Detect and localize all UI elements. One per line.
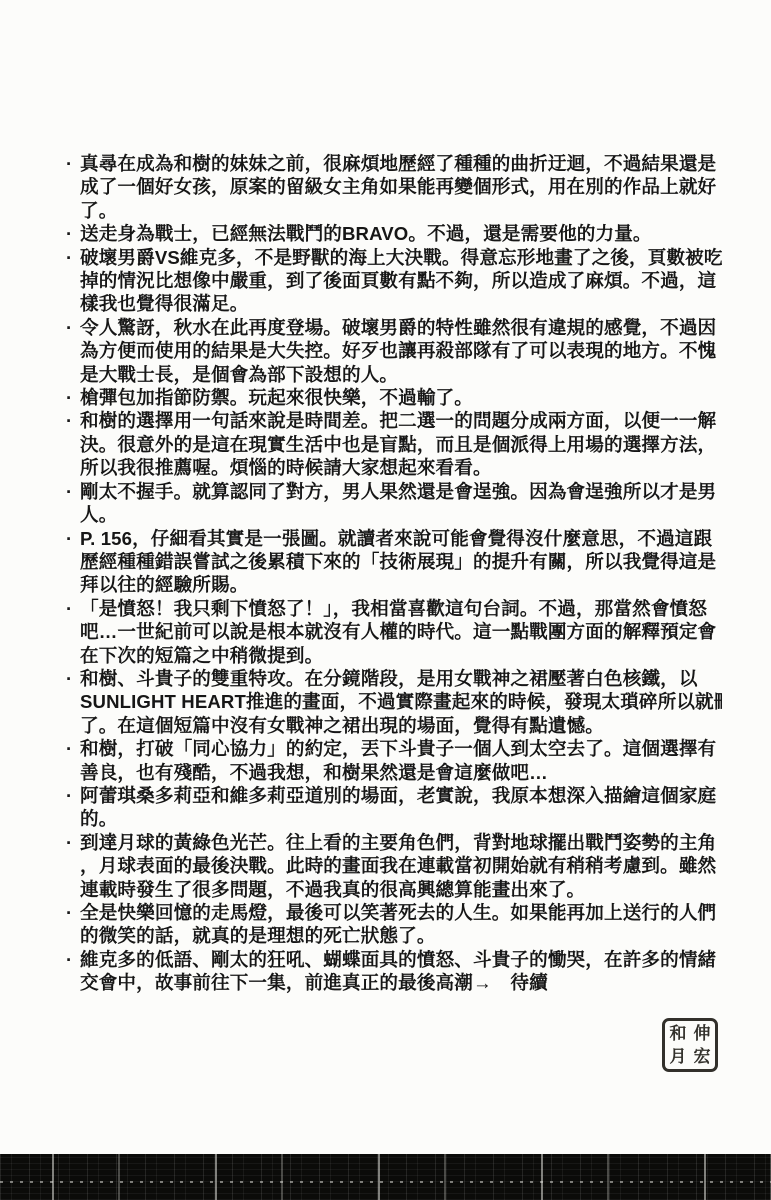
- bullet-marker: ·: [66, 948, 80, 971]
- bullet-item: ·阿蕾琪桑多莉亞和維多莉亞道別的場面，老實說，我原本想深入描繪這個家庭的。: [66, 784, 722, 831]
- bullet-item-text: 維克多的低語、剛太的狂吼、蝴蝶面具的憤怒、斗貴子的慟哭，在許多的情緒交會中，故事…: [80, 948, 722, 995]
- text-line: 「是憤怒！我只剩下憤怒了！」，我相當喜歡這句台詞。不過，那當然會憤怒: [80, 597, 722, 620]
- text-line: 樣我也覺得很滿足。: [80, 292, 722, 315]
- text-line: 令人驚訝，秋水在此再度登場。破壞男爵的特性雖然很有違規的感覺，不過因: [80, 316, 722, 339]
- text-line: 人。: [80, 503, 722, 526]
- artist-seal: 和伸月宏: [662, 1018, 718, 1072]
- bullet-item-text: 和樹，打破「同心協力」的約定，丟下斗貴子一個人到太空去了。這個選擇有善良，也有殘…: [80, 737, 722, 784]
- bullet-item-text: 「是憤怒！我只剩下憤怒了！」，我相當喜歡這句台詞。不過，那當然會憤怒吧…一世紀前…: [80, 597, 722, 667]
- text-line: 了。在這個短篇中沒有女戰神之裙出現的場面，覺得有點遺憾。: [80, 714, 722, 737]
- seal-character: 宏: [690, 1045, 714, 1068]
- text-line: 吧…一世紀前可以說是根本就沒有人權的時代。這一點戰團方面的解釋預定會: [80, 620, 722, 643]
- text-line: 的微笑的話，就真的是理想的死亡狀態了。: [80, 924, 722, 947]
- bullet-marker: ·: [66, 831, 80, 854]
- bullet-item-text: 剛太不握手。就算認同了對方，男人果然還是會逞強。因為會逞強所以才是男人。: [80, 480, 722, 527]
- band-dotted-line: [0, 1181, 771, 1183]
- text-line: 拜以往的經驗所賜。: [80, 573, 722, 596]
- text-line: 阿蕾琪桑多莉亞和維多莉亞道別的場面，老實說，我原本想深入描繪這個家庭: [80, 784, 722, 807]
- bullet-item: ·維克多的低語、剛太的狂吼、蝴蝶面具的憤怒、斗貴子的慟哭，在許多的情緒交會中，故…: [66, 948, 722, 995]
- bullet-item: ·和樹的選擇用一句話來說是時間差。把二選一的問題分成兩方面，以便一一解決。很意外…: [66, 409, 722, 479]
- seal-character: 月: [666, 1045, 690, 1068]
- text-line: 所以我很推薦喔。煩惱的時候請大家想起來看看。: [80, 456, 722, 479]
- afterword-list: ·真尋在成為和樹的妹妹之前，很麻煩地歷經了種種的曲折迂迴，不過結果還是成了一個好…: [66, 152, 722, 995]
- bullet-marker: ·: [66, 386, 80, 409]
- seal-character: 伸: [690, 1022, 714, 1045]
- text-line: 歷經種種錯誤嘗試之後累積下來的「技術展現」的提升有關，所以我覺得這是: [80, 550, 722, 573]
- bullet-item: ·P. 156，仔細看其實是一張圖。就讀者來說可能會覺得沒什麼意思，不過這跟歷經…: [66, 527, 722, 597]
- text-line: 和樹的選擇用一句話來說是時間差。把二選一的問題分成兩方面，以便一一解: [80, 409, 722, 432]
- text-line: 決。很意外的是這在現實生活中也是盲點，而且是個派得上用場的選擇方法，: [80, 433, 722, 456]
- bullet-item-text: 送走身為戰士，已經無法戰鬥的BRAVO。不過，還是需要他的力量。: [80, 222, 722, 245]
- seal-character: 和: [666, 1022, 690, 1045]
- bullet-item-text: P. 156，仔細看其實是一張圖。就讀者來說可能會覺得沒什麼意思，不過這跟歷經種…: [80, 527, 722, 597]
- text-line: 真尋在成為和樹的妹妹之前，很麻煩地歷經了種種的曲折迂迴，不過結果還是: [80, 152, 722, 175]
- text-line: 到達月球的黃綠色光芒。往上看的主要角色們，背對地球擺出戰鬥姿勢的主角: [80, 831, 722, 854]
- text-line: 成了一個好女孩，原案的留級女主角如果能再變個形式，用在別的作品上就好: [80, 175, 722, 198]
- bullet-item: ·和樹、斗貴子的雙重特攻。在分鏡階段，是用女戰神之裙壓著白色核鐵，以SUNLIG…: [66, 667, 722, 737]
- text-line: SUNLIGHT HEART推進的畫面，不過實際畫起來的時候，發現太瑣碎所以就刪…: [80, 690, 722, 713]
- bullet-marker: ·: [66, 222, 80, 245]
- text-line: 和樹、斗貴子的雙重特攻。在分鏡階段，是用女戰神之裙壓著白色核鐵，以: [80, 667, 722, 690]
- bottom-photo-band: [0, 1154, 771, 1200]
- text-line: ，月球表面的最後決戰。此時的畫面我在連載當初開始就有稍稍考慮到。雖然: [80, 854, 722, 877]
- bullet-marker: ·: [66, 667, 80, 690]
- bullet-marker: ·: [66, 246, 80, 269]
- text-line: 槍彈包加指節防禦。玩起來很快樂，不過輸了。: [80, 386, 722, 409]
- text-line: 破壞男爵VS維克多，不是野獸的海上大決戰。得意忘形地畫了之後，頁數被吃: [80, 246, 722, 269]
- text-line: 在下次的短篇之中稍微提到。: [80, 644, 722, 667]
- bullet-marker: ·: [66, 480, 80, 503]
- bullet-item: ·送走身為戰士，已經無法戰鬥的BRAVO。不過，還是需要他的力量。: [66, 222, 722, 245]
- bullet-item-text: 和樹的選擇用一句話來說是時間差。把二選一的問題分成兩方面，以便一一解決。很意外的…: [80, 409, 722, 479]
- text-line: 和樹，打破「同心協力」的約定，丟下斗貴子一個人到太空去了。這個選擇有: [80, 737, 722, 760]
- bullet-item: ·剛太不握手。就算認同了對方，男人果然還是會逞強。因為會逞強所以才是男人。: [66, 480, 722, 527]
- bullet-item: ·全是快樂回憶的走馬燈，最後可以笑著死去的人生。如果能再加上送行的人們的微笑的話…: [66, 901, 722, 948]
- bullet-item: ·「是憤怒！我只剩下憤怒了！」，我相當喜歡這句台詞。不過，那當然會憤怒吧…一世紀…: [66, 597, 722, 667]
- bullet-item-text: 和樹、斗貴子的雙重特攻。在分鏡階段，是用女戰神之裙壓著白色核鐵，以SUNLIGH…: [80, 667, 722, 737]
- text-line: 全是快樂回憶的走馬燈，最後可以笑著死去的人生。如果能再加上送行的人們: [80, 901, 722, 924]
- bullet-marker: ·: [66, 901, 80, 924]
- bullet-item-text: 全是快樂回憶的走馬燈，最後可以笑著死去的人生。如果能再加上送行的人們的微笑的話，…: [80, 901, 722, 948]
- text-line: 維克多的低語、剛太的狂吼、蝴蝶面具的憤怒、斗貴子的慟哭，在許多的情緒: [80, 948, 722, 971]
- bullet-item: ·槍彈包加指節防禦。玩起來很快樂，不過輸了。: [66, 386, 722, 409]
- bullet-marker: ·: [66, 316, 80, 339]
- text-line: 的。: [80, 807, 722, 830]
- bullet-item-text: 令人驚訝，秋水在此再度登場。破壞男爵的特性雖然很有違規的感覺，不過因為方便而使用…: [80, 316, 722, 386]
- text-line: 連載時發生了很多問題，不過我真的很高興總算能畫出來了。: [80, 878, 722, 901]
- text-line: P. 156，仔細看其實是一張圖。就讀者來說可能會覺得沒什麼意思，不過這跟: [80, 527, 722, 550]
- bullet-item: ·真尋在成為和樹的妹妹之前，很麻煩地歷經了種種的曲折迂迴，不過結果還是成了一個好…: [66, 152, 722, 222]
- bullet-marker: ·: [66, 737, 80, 760]
- bullet-item: ·到達月球的黃綠色光芒。往上看的主要角色們，背對地球擺出戰鬥姿勢的主角，月球表面…: [66, 831, 722, 901]
- text-line: 送走身為戰士，已經無法戰鬥的BRAVO。不過，還是需要他的力量。: [80, 222, 722, 245]
- text-line: 了。: [80, 199, 722, 222]
- bullet-marker: ·: [66, 409, 80, 432]
- bullet-marker: ·: [66, 597, 80, 620]
- text-line: 為方便而使用的結果是大失控。好歹也讓再殺部隊有了可以表現的地方。不愧: [80, 339, 722, 362]
- text-line: 是大戰士長，是個會為部下設想的人。: [80, 363, 722, 386]
- bullet-item-text: 槍彈包加指節防禦。玩起來很快樂，不過輸了。: [80, 386, 722, 409]
- bullet-item-text: 到達月球的黃綠色光芒。往上看的主要角色們，背對地球擺出戰鬥姿勢的主角，月球表面的…: [80, 831, 722, 901]
- text-line: 掉的情況比想像中嚴重，到了後面頁數有點不夠，所以造成了麻煩。不過，這: [80, 269, 722, 292]
- bullet-marker: ·: [66, 784, 80, 807]
- bullet-item: ·令人驚訝，秋水在此再度登場。破壞男爵的特性雖然很有違規的感覺，不過因為方便而使…: [66, 316, 722, 386]
- bullet-item: ·破壞男爵VS維克多，不是野獸的海上大決戰。得意忘形地畫了之後，頁數被吃掉的情況…: [66, 246, 722, 316]
- bullet-item-text: 破壞男爵VS維克多，不是野獸的海上大決戰。得意忘形地畫了之後，頁數被吃掉的情況比…: [80, 246, 722, 316]
- bullet-item: ·和樹，打破「同心協力」的約定，丟下斗貴子一個人到太空去了。這個選擇有善良，也有…: [66, 737, 722, 784]
- text-line: 善良，也有殘酷，不過我想，和樹果然還是會這麼做吧…: [80, 761, 722, 784]
- text-line: 交會中，故事前往下一集，前進真正的最後高潮→ 待續: [80, 971, 722, 994]
- bullet-marker: ·: [66, 152, 80, 175]
- bullet-marker: ·: [66, 527, 80, 550]
- bullet-item-text: 阿蕾琪桑多莉亞和維多莉亞道別的場面，老實說，我原本想深入描繪這個家庭的。: [80, 784, 722, 831]
- afterword-page: ·真尋在成為和樹的妹妹之前，很麻煩地歷經了種種的曲折迂迴，不過結果還是成了一個好…: [0, 0, 771, 1200]
- text-line: 剛太不握手。就算認同了對方，男人果然還是會逞強。因為會逞強所以才是男: [80, 480, 722, 503]
- bullet-item-text: 真尋在成為和樹的妹妹之前，很麻煩地歷經了種種的曲折迂迴，不過結果還是成了一個好女…: [80, 152, 722, 222]
